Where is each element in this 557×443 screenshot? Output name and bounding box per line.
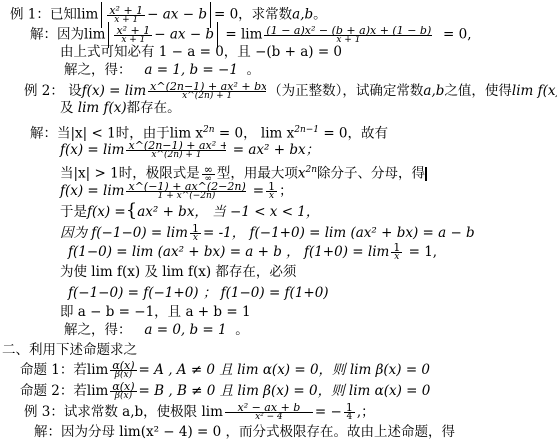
math: x <box>298 166 306 182</box>
fraction: (1 − a)x² − (b + a)x + (1 − b)x + 1 <box>264 26 432 45</box>
brace: { <box>126 200 137 221</box>
example2-system: 即 a − b = −1，且 a + b = 1 <box>60 304 251 320</box>
numerator: x^(2n−1) + ax² + bx <box>148 82 266 91</box>
denominator: x² − 4 <box>225 413 313 422</box>
proposition-2: 命题 2：若limα(x)β(x)= B , B ≠ 0 且 lim β(x) … <box>20 382 430 401</box>
math: − ax − b <box>147 7 207 23</box>
math: f(x) = lim <box>60 183 124 199</box>
numerator: x^(2n−1) + ax² + bx <box>126 141 226 150</box>
denominator: x^(2n) + 1 <box>126 151 226 160</box>
fraction: 14 <box>344 403 355 422</box>
example-label: 例 1： <box>10 7 50 23</box>
text: 命题 1：若 <box>20 362 87 378</box>
numerator: 1 <box>344 403 355 412</box>
fraction: x^(2n−1) + ax² + bxx^(2n) + 1 <box>148 82 266 101</box>
fraction: x² − ax + bx² − 4 <box>225 403 313 422</box>
numerator: 1 <box>190 224 201 233</box>
math: 因为 f(−1−0) = lim <box>60 225 188 241</box>
fraction: 1x <box>266 182 277 201</box>
exponent: 2n <box>203 125 215 135</box>
proposition-1: 命题 1：若limα(x)β(x)= A , A ≠ 0 且 lim α(x) … <box>20 361 430 380</box>
solution-label: 解： <box>30 126 57 142</box>
exponent: 2n <box>306 165 318 175</box>
math: lim x <box>170 126 203 142</box>
fraction: α(x)β(x) <box>110 382 136 401</box>
denominator: x <box>266 192 277 201</box>
text: = 0，故有 <box>323 126 388 142</box>
math: a,b <box>423 83 444 99</box>
example2-solution-line3: 当|x| > 1时，极限式是∞∞型，用最大项x2n除分子、分母，得 <box>60 162 427 184</box>
example1-answer: 解之，得： a = 1, b = −1 。 <box>64 62 260 78</box>
example2-problem-cont: 及 lim f(x)都存在。 <box>60 100 181 116</box>
denominator: 1 + x^(−2n) <box>126 192 246 201</box>
math: f(1−0) = lim (ax² + bx) = a + b ， f(1+0)… <box>68 244 389 260</box>
numerator: x^(−1) + ax^(2−2n) + bx^(1−2n) <box>126 182 246 191</box>
math: = B , B ≠ 0 且 lim β(x) = 0，则 lim α(x) = … <box>139 383 431 399</box>
math: lim f(x) <box>512 83 557 99</box>
text: ,； <box>357 404 375 420</box>
example2-answer: 解之，得： a = 0, b = 1 。 <box>64 322 249 338</box>
text: 试求常数 a,b，使极限 lim <box>64 404 223 420</box>
text: 命题 2：若 <box>20 383 87 399</box>
denominator: x <box>190 234 201 243</box>
text: 当|x| < 1时，由于 <box>57 126 170 142</box>
example2-condition: 为使 lim f(x) 及 lim f(x) 都存在，必须 <box>60 264 296 280</box>
math: f(x) = lim <box>60 142 124 158</box>
math: ax² + bx， 当 −1 < x < 1， <box>137 204 319 220</box>
example-label: 例 3： <box>24 404 64 420</box>
text: = lim <box>225 27 262 43</box>
text: 设 <box>68 83 82 99</box>
numerator: ∞ <box>202 165 215 174</box>
text: = 0， <box>219 126 257 142</box>
denominator: β(x) <box>110 392 136 401</box>
math: lim <box>87 383 108 399</box>
numerator: α(x) <box>110 382 136 391</box>
math: lim f(x) <box>78 100 127 116</box>
example2-solution-line5: 于是f(x) ={ax² + bx， 当 −1 < x < 1， <box>60 203 319 220</box>
example2-problem: 例 2： 设f(x) = limx^(2n−1) + ax² + bxx^(2n… <box>24 82 557 101</box>
text: = <box>253 183 264 199</box>
text: = 0, <box>443 27 471 43</box>
fraction: ∞∞ <box>202 165 215 184</box>
numerator: α(x) <box>110 361 136 370</box>
text-cursor <box>425 167 427 181</box>
example2-solution-line6: 因为 f(−1−0) = lim1x= -1， f(−1+0) = lim (a… <box>60 224 475 243</box>
fraction: x² + 1x + 1 <box>114 26 152 45</box>
example3-problem: 例 3：试求常数 a,b，使极限 limx² − ax + bx² − 4= −… <box>24 403 375 422</box>
example2-solution-line2: f(x) = limx^(2n−1) + ax² + bxx^(2n) + 1 … <box>60 141 319 160</box>
numerator: x² + 1 <box>107 6 145 15</box>
fraction: 1x <box>391 243 402 262</box>
denominator: 4 <box>344 413 355 422</box>
example1-condition: 由上式可知必有 1 − a = 0，且 −(b + a) = 0 <box>60 44 342 60</box>
text: 解之，得： <box>64 62 132 78</box>
text: 都存在。 <box>127 100 181 116</box>
text: 解之，得： <box>64 322 132 338</box>
example2-solution-line7: f(1−0) = lim (ax² + bx) = a + b ， f(1+0)… <box>68 243 437 262</box>
text: ； <box>279 183 293 199</box>
fraction: x^(2n−1) + ax² + bxx^(2n) + 1 <box>126 141 226 160</box>
text: 型，用最大项 <box>217 166 298 182</box>
math: − ax − b <box>154 27 214 43</box>
example2-equations: f(−1−0) = f(−1+0) ； f(1−0) = f(1+0) <box>68 285 329 301</box>
fraction: α(x)β(x) <box>110 361 136 380</box>
section-heading: 二、利用下述命题求之 <box>2 342 137 358</box>
text: 之值，使得 <box>444 83 512 99</box>
text: = − <box>315 404 342 420</box>
math: f(x) = lim <box>82 83 146 99</box>
math: = ax² + bx； <box>233 142 319 158</box>
example3-solution: 解：因为分母 lim(x² − 4) = 0 ，而分式极限存在。故由上述命题，得 <box>34 424 455 440</box>
math: = A , A ≠ 0 且 lim α(x) = 0，则 lim β(x) = … <box>139 362 430 378</box>
math: a = 1, b = −1 <box>144 62 238 78</box>
text: 。 <box>313 7 327 23</box>
math: lim <box>87 362 108 378</box>
math: a,b <box>292 7 313 23</box>
math: = -1， f(−1+0) = lim (ax² + bx) = a − b <box>203 225 475 241</box>
text: 。 <box>247 62 261 78</box>
exponent: 2n−1 <box>294 125 319 135</box>
numerator: (1 − a)x² − (b + a)x + (1 − b) <box>264 26 432 35</box>
solution-label: 解： <box>30 27 57 43</box>
text: 于是 <box>60 204 87 220</box>
text: 及 <box>60 100 74 116</box>
text: 当|x| > 1时，极限式是 <box>60 166 200 182</box>
text: （为正整数），试确定常数 <box>268 83 423 99</box>
text: 除分子、分母，得 <box>317 166 425 182</box>
text: = 1, <box>409 244 437 260</box>
text: 因为lim <box>57 27 105 43</box>
numerator: x² + 1 <box>114 26 152 35</box>
denominator: x <box>391 253 402 262</box>
fraction: x^(−1) + ax^(2−2n) + bx^(1−2n)1 + x^(−2n… <box>126 182 246 201</box>
solution-label: 解： <box>34 424 61 440</box>
numerator: 1 <box>391 243 402 252</box>
fraction: 1x <box>190 224 201 243</box>
numerator: 1 <box>266 182 277 191</box>
example2-solution-line4: f(x) = limx^(−1) + ax^(2−2n) + bx^(1−2n)… <box>60 182 293 201</box>
text: = 0，求常数 <box>214 7 292 23</box>
denominator: β(x) <box>110 371 136 380</box>
math: lim x <box>261 126 294 142</box>
numerator: x² − ax + b <box>225 403 313 412</box>
math: f(x) = <box>87 204 126 220</box>
text: 已知lim <box>50 7 98 23</box>
math: a = 0, b = 1 <box>144 322 226 338</box>
text: 。 <box>235 322 249 338</box>
example-label: 例 2： <box>24 83 64 99</box>
example2-solution-line1: 解：当|x| < 1时，由于lim x2n = 0， lim x2n−1 = 0… <box>30 122 388 142</box>
text: 因为分母 lim(x² − 4) = 0 ，而分式极限存在。故由上述命题，得 <box>61 424 455 440</box>
